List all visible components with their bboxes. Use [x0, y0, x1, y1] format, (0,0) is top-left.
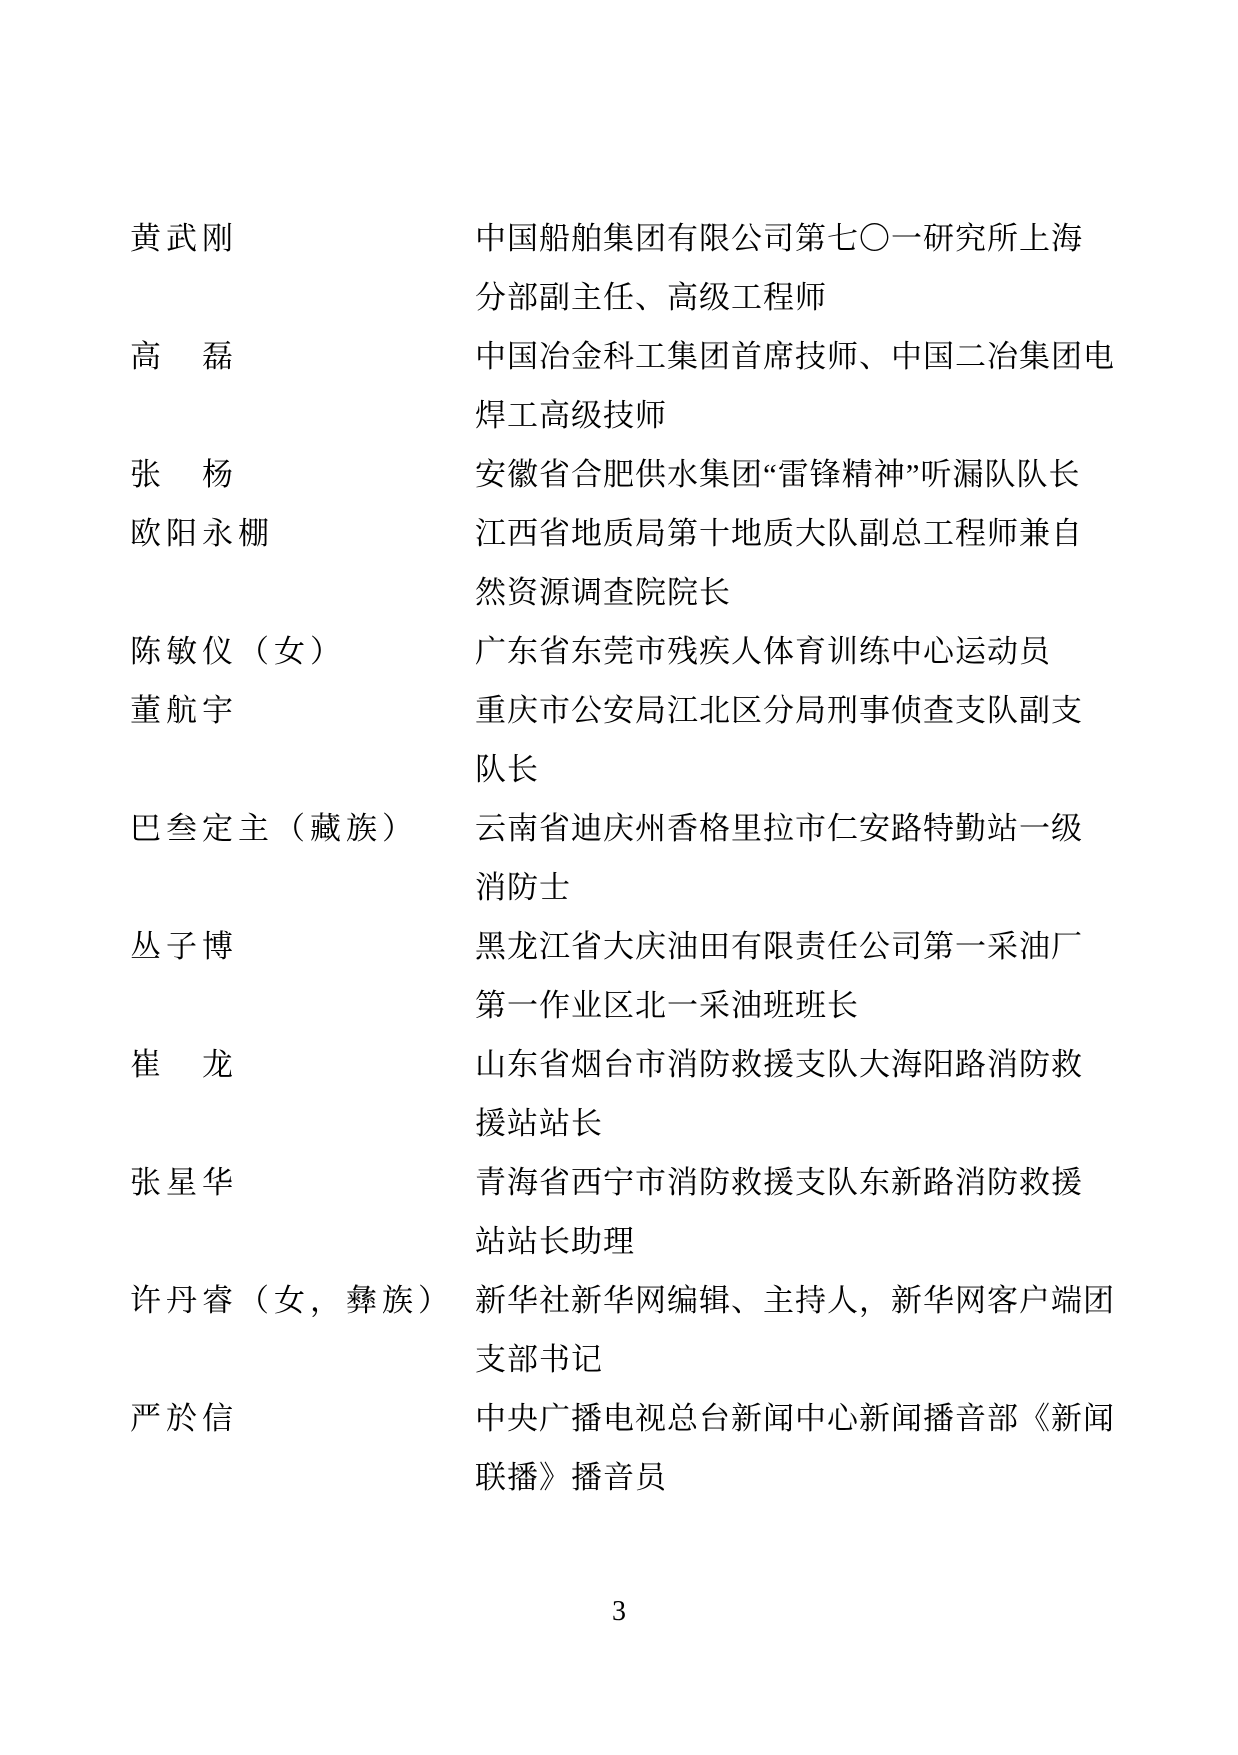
entry-row: 张星华 青海省西宁市消防救援支队东新路消防救援 站站长助理 [130, 1153, 1130, 1271]
entry-row: 严於信 中央广播电视总台新闻中心新闻播音部《新闻 联播》播音员 [130, 1389, 1130, 1507]
entry-desc-line: 山东省烟台市消防救援支队大海阳路消防救 [475, 1035, 1130, 1094]
entry-row: 巴叁定主（藏族） 云南省迪庆州香格里拉市仁安路特勤站一级 消防士 [130, 799, 1130, 917]
entry-row: 许丹睿（女，彝族） 新华社新华网编辑、主持人，新华网客户端团 支部书记 [130, 1271, 1130, 1389]
entry-description: 云南省迪庆州香格里拉市仁安路特勤站一级 消防士 [475, 799, 1130, 917]
entry-desc-line: 安徽省合肥供水集团“雷锋精神”听漏队队长 [475, 445, 1130, 504]
entry-desc-line: 消防士 [475, 858, 1130, 917]
entry-name: 董航宇 [130, 681, 475, 740]
entry-name: 张星华 [130, 1153, 475, 1212]
entry-description: 安徽省合肥供水集团“雷锋精神”听漏队队长 [475, 445, 1130, 504]
entry-name: 欧阳永棚 [130, 504, 475, 563]
entry-desc-line: 援站站长 [475, 1094, 1130, 1153]
entry-name: 巴叁定主（藏族） [130, 799, 475, 858]
entry-description: 中国冶金科工集团首席技师、中国二冶集团电 焊工高级技师 [475, 327, 1130, 445]
entry-desc-line: 联播》播音员 [475, 1448, 1130, 1507]
entry-desc-line: 青海省西宁市消防救援支队东新路消防救援 [475, 1153, 1130, 1212]
entry-desc-line: 第一作业区北一采油班班长 [475, 976, 1130, 1035]
entry-description: 重庆市公安局江北区分局刑事侦查支队副支 队长 [475, 681, 1130, 799]
entry-description: 中国船舶集团有限公司第七〇一研究所上海 分部副主任、高级工程师 [475, 209, 1130, 327]
entry-desc-line: 中央广播电视总台新闻中心新闻播音部《新闻 [475, 1389, 1130, 1448]
entry-description: 山东省烟台市消防救援支队大海阳路消防救 援站站长 [475, 1035, 1130, 1153]
entry-row: 董航宇 重庆市公安局江北区分局刑事侦查支队副支 队长 [130, 681, 1130, 799]
entry-row: 黄武刚 中国船舶集团有限公司第七〇一研究所上海 分部副主任、高级工程师 [130, 209, 1130, 327]
entry-name: 高 磊 [130, 327, 475, 386]
honor-roll-list: 黄武刚 中国船舶集团有限公司第七〇一研究所上海 分部副主任、高级工程师 高 磊 … [130, 209, 1130, 1507]
entry-name: 黄武刚 [130, 209, 475, 268]
entry-row: 张 杨 安徽省合肥供水集团“雷锋精神”听漏队队长 [130, 445, 1130, 504]
entry-name: 丛子博 [130, 917, 475, 976]
entry-name: 崔 龙 [130, 1035, 475, 1094]
entry-description: 青海省西宁市消防救援支队东新路消防救援 站站长助理 [475, 1153, 1130, 1271]
entry-desc-line: 重庆市公安局江北区分局刑事侦查支队副支 [475, 681, 1130, 740]
entry-desc-line: 黑龙江省大庆油田有限责任公司第一采油厂 [475, 917, 1130, 976]
entry-row: 高 磊 中国冶金科工集团首席技师、中国二冶集团电 焊工高级技师 [130, 327, 1130, 445]
entry-description: 黑龙江省大庆油田有限责任公司第一采油厂 第一作业区北一采油班班长 [475, 917, 1130, 1035]
entry-desc-line: 中国船舶集团有限公司第七〇一研究所上海 [475, 209, 1130, 268]
entry-row: 丛子博 黑龙江省大庆油田有限责任公司第一采油厂 第一作业区北一采油班班长 [130, 917, 1130, 1035]
entry-row: 欧阳永棚 江西省地质局第十地质大队副总工程师兼自 然资源调查院院长 [130, 504, 1130, 622]
entry-row: 陈敏仪（女） 广东省东莞市残疾人体育训练中心运动员 [130, 622, 1130, 681]
entry-name: 陈敏仪（女） [130, 622, 475, 681]
entry-name: 严於信 [130, 1389, 475, 1448]
entry-desc-line: 支部书记 [475, 1330, 1130, 1389]
entry-name: 张 杨 [130, 445, 475, 504]
entry-description: 广东省东莞市残疾人体育训练中心运动员 [475, 622, 1130, 681]
entry-desc-line: 分部副主任、高级工程师 [475, 268, 1130, 327]
entry-desc-line: 新华社新华网编辑、主持人，新华网客户端团 [475, 1271, 1130, 1330]
entry-desc-line: 云南省迪庆州香格里拉市仁安路特勤站一级 [475, 799, 1130, 858]
entry-desc-line: 江西省地质局第十地质大队副总工程师兼自 [475, 504, 1130, 563]
entry-description: 新华社新华网编辑、主持人，新华网客户端团 支部书记 [475, 1271, 1130, 1389]
entry-desc-line: 队长 [475, 740, 1130, 799]
entry-row: 崔 龙 山东省烟台市消防救援支队大海阳路消防救 援站站长 [130, 1035, 1130, 1153]
entry-desc-line: 站站长助理 [475, 1212, 1130, 1271]
page-number: 3 [0, 1594, 1238, 1630]
entry-description: 中央广播电视总台新闻中心新闻播音部《新闻 联播》播音员 [475, 1389, 1130, 1507]
entry-desc-line: 然资源调查院院长 [475, 563, 1130, 622]
entry-name: 许丹睿（女，彝族） [130, 1271, 475, 1330]
entry-description: 江西省地质局第十地质大队副总工程师兼自 然资源调查院院长 [475, 504, 1130, 622]
entry-desc-line: 广东省东莞市残疾人体育训练中心运动员 [475, 622, 1130, 681]
entry-desc-line: 中国冶金科工集团首席技师、中国二冶集团电 [475, 327, 1130, 386]
entry-desc-line: 焊工高级技师 [475, 386, 1130, 445]
